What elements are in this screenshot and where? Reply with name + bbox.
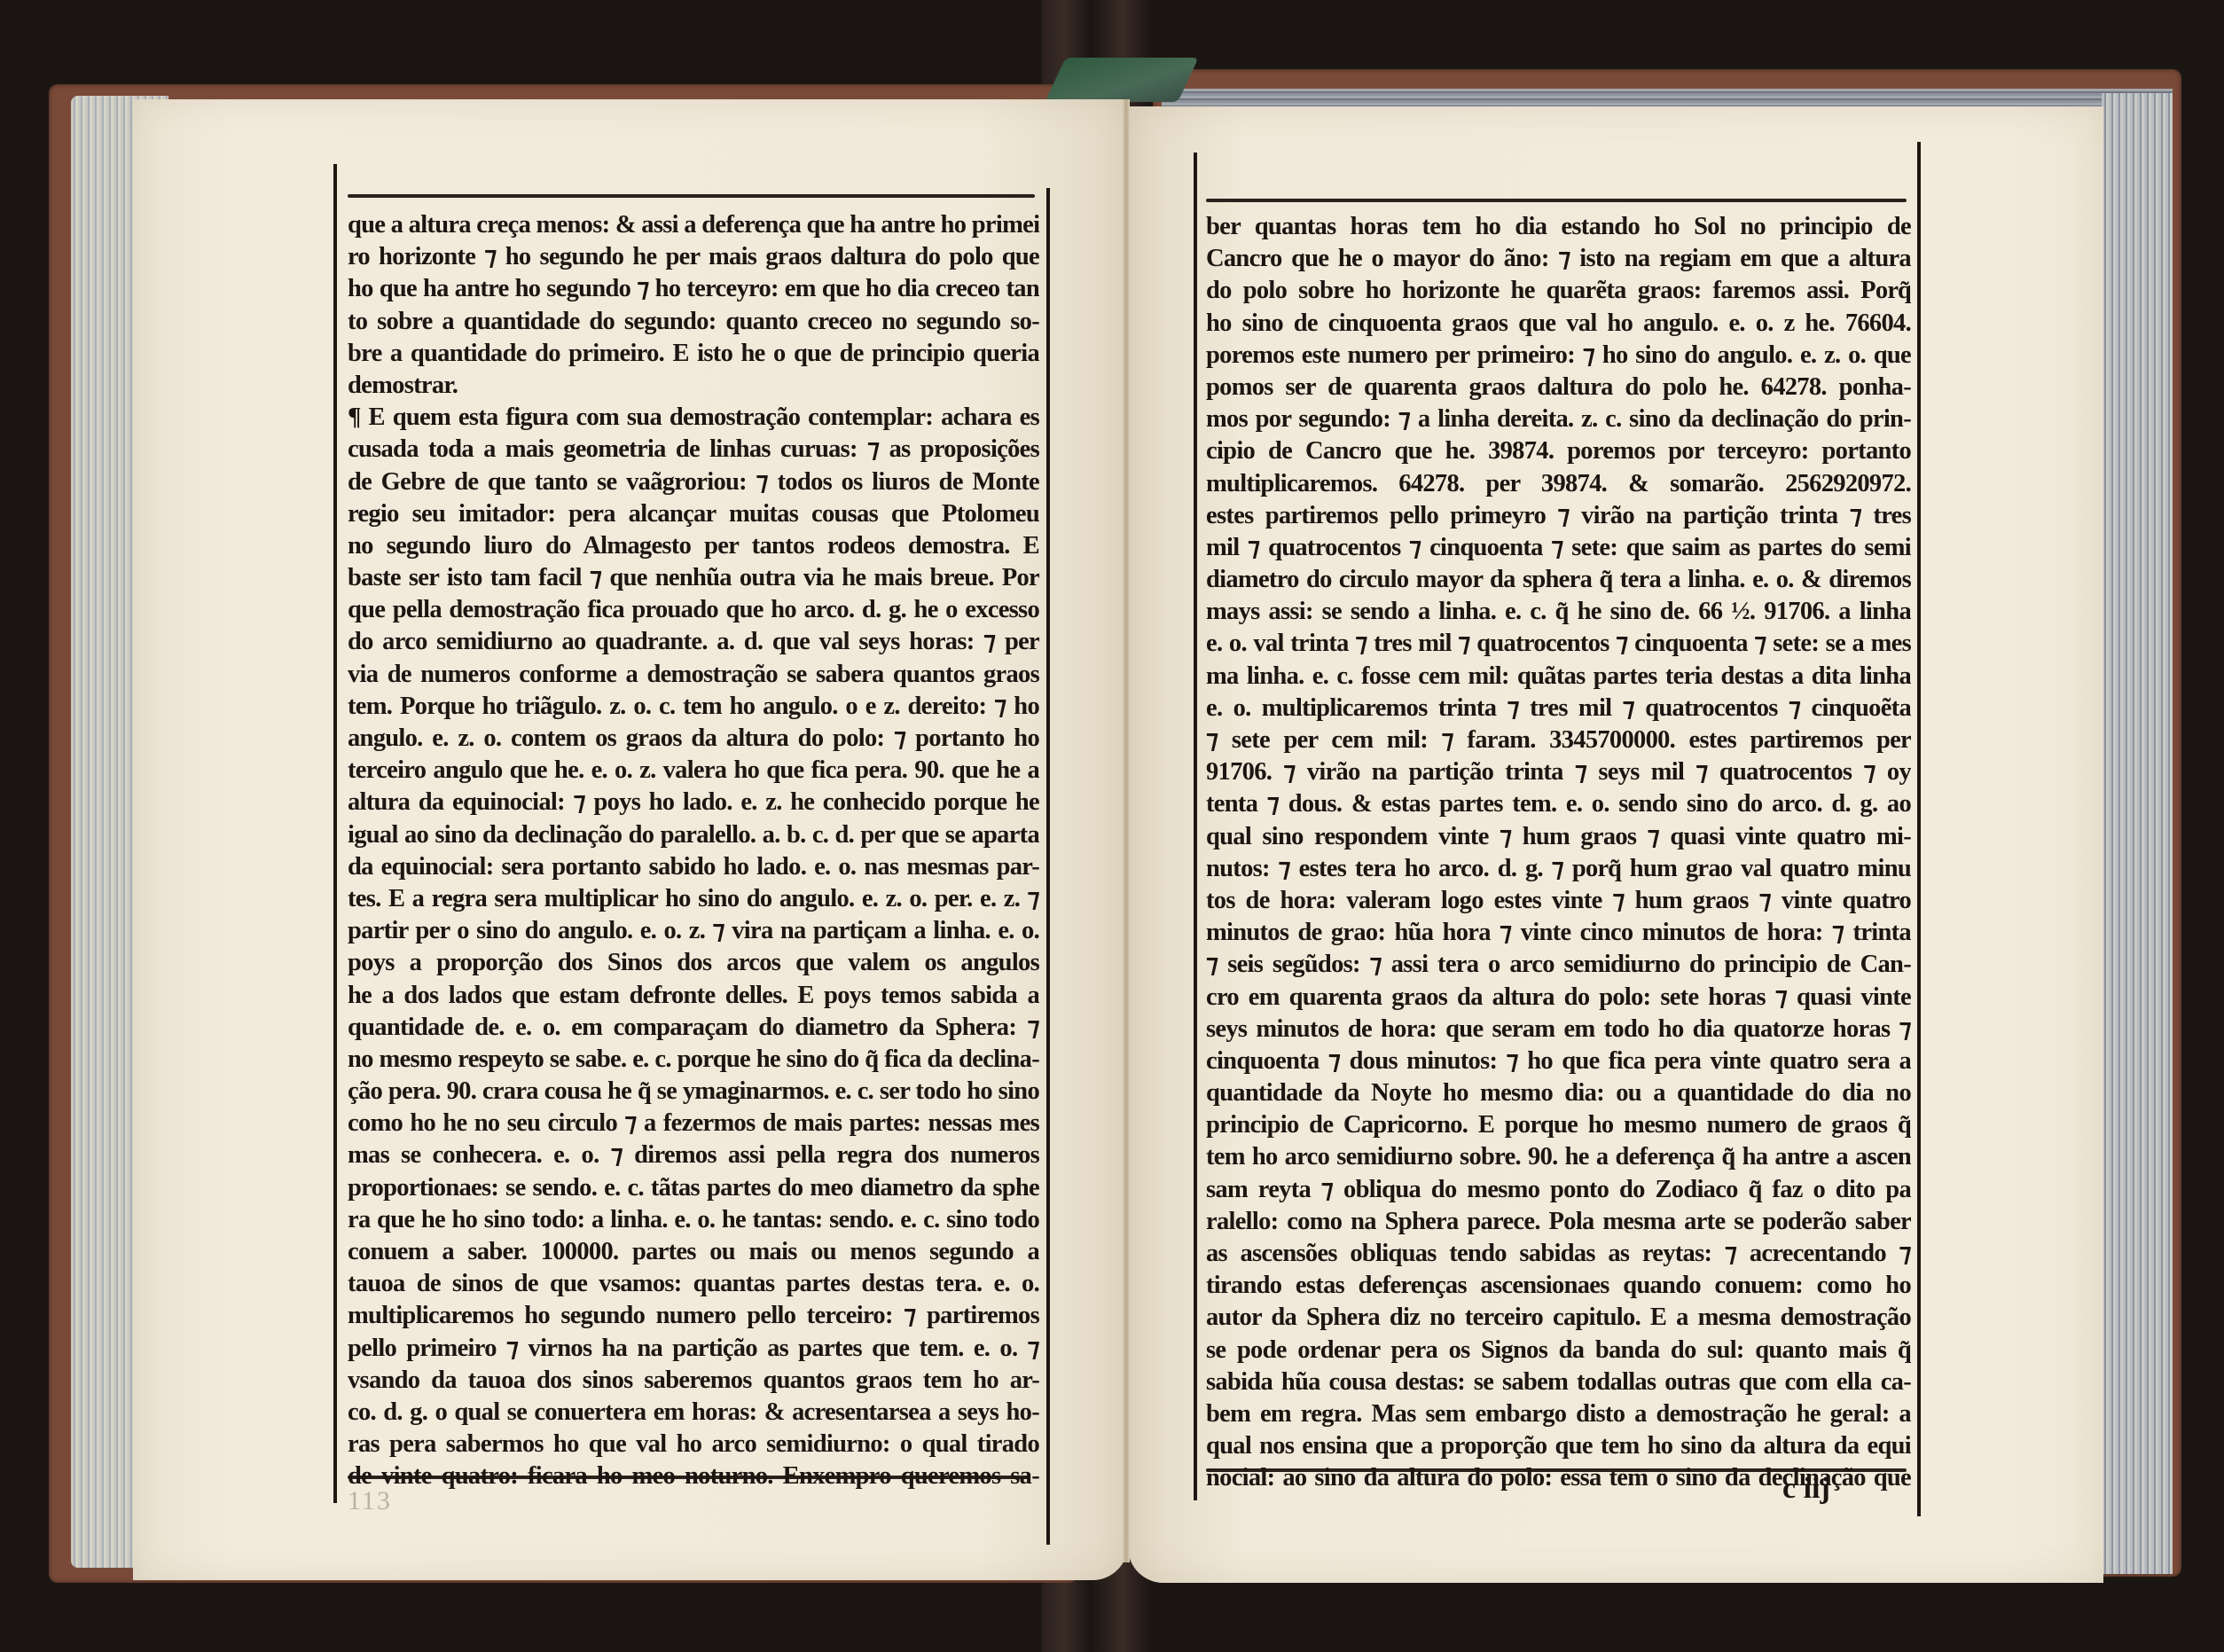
text-line: tenta ⁊ dous. & estas partes tem. e. o. … xyxy=(1206,788,1911,820)
text-line: ho sino de cinquoenta graos que val ho a… xyxy=(1206,308,1911,340)
text-line: ção pera. 90. crara cousa he q̃ se ymagi… xyxy=(348,1076,1039,1108)
text-line: de vinte quatro: ficara ho meo noturno. … xyxy=(348,1460,1039,1492)
text-line: ber quantas horas tem ho dia estando ho … xyxy=(1206,211,1911,243)
text-line: quantidade de. e. o. em comparaçam do di… xyxy=(348,1012,1039,1044)
text-line: ro horizonte ⁊ ho segundo he per mais gr… xyxy=(348,241,1039,273)
left-top-rule xyxy=(348,194,1035,198)
text-line: bem em regra. Mas sem embargo disto a de… xyxy=(1206,1398,1911,1430)
text-line: quantidade da Noyte ho mesmo dia: ou a q… xyxy=(1206,1077,1911,1109)
text-line: as ascensões obliquas tendo sabidas as r… xyxy=(1206,1238,1911,1270)
text-line: cusada toda a mais geometria de linhas c… xyxy=(348,434,1039,466)
text-line: qual nos ensina que a proporção que tem … xyxy=(1206,1430,1911,1462)
text-line: ho que ha antre ho segundo ⁊ ho terceyro… xyxy=(348,273,1039,305)
text-line: pello primeiro ⁊ virnos ha na partição a… xyxy=(348,1333,1039,1365)
text-line: 91706. ⁊ virão na partição trinta ⁊ seys… xyxy=(1206,756,1911,788)
text-line: conuem a saber. 100000. partes ou mais o… xyxy=(348,1236,1039,1268)
text-line: angulo. e. z. o. contem os graos da altu… xyxy=(348,723,1039,755)
text-line: diametro do circulo mayor da sphera q̃ t… xyxy=(1206,564,1911,596)
left-frame-line-outer xyxy=(333,164,337,1503)
text-line: que a altura creça menos: & assi a defer… xyxy=(348,209,1039,241)
text-line: ras pera sabermos ho que val ho arco sem… xyxy=(348,1429,1039,1460)
text-line: se pode ordenar pera os Signos da banda … xyxy=(1206,1335,1911,1366)
text-line: tem ho arco semidiurno sobre. 90. he a d… xyxy=(1206,1141,1911,1173)
text-line: tes. E a regra sera multiplicar ho sino … xyxy=(348,883,1039,915)
text-line: seys minutos de hora: que seram em todo … xyxy=(1206,1014,1911,1045)
text-line: ma linha. e. c. fosse cem mil: quãtas pa… xyxy=(1206,661,1911,693)
text-line: cipio de Cancro que he. 39874. poremos p… xyxy=(1206,435,1911,467)
text-line: mos por segundo: ⁊ a linha dereita. z. c… xyxy=(1206,403,1911,435)
text-line: que pella demostração fica prouado que h… xyxy=(348,594,1039,626)
text-line: minutos de grao: hũa hora ⁊ vinte cinco … xyxy=(1206,917,1911,949)
text-line: to sobre a quantidade do segundo: quanto… xyxy=(348,306,1039,338)
text-line: cinquoenta ⁊ dous minutos: ⁊ ho que fica… xyxy=(1206,1045,1911,1077)
text-line: nutos: ⁊ estes tera ho arco. d. g. ⁊ por… xyxy=(1206,853,1911,885)
text-line: pomos ser de quarenta graos daltura do p… xyxy=(1206,372,1911,403)
text-line: no segundo liuro do Almagesto per tantos… xyxy=(348,530,1039,562)
text-line: cro em quarenta graos da altura do polo:… xyxy=(1206,982,1911,1014)
text-line: autor da Sphera diz no terceiro capitulo… xyxy=(1206,1302,1911,1334)
text-line: regio seu imitador: pera alcançar muitas… xyxy=(348,498,1039,530)
text-line: mays assi: se sendo a linha. e. c. q̃ he… xyxy=(1206,596,1911,628)
right-frame-line-inner xyxy=(1917,142,1921,1516)
book-gutter xyxy=(1123,99,1130,1562)
right-frame-line-outer xyxy=(1194,153,1197,1500)
text-line: proportionaes: se sendo. e. c. tãtas par… xyxy=(348,1172,1039,1204)
text-line: poremos este numero per primeiro: ⁊ ho s… xyxy=(1206,340,1911,372)
left-page-text: que a altura creça menos: & assi a defer… xyxy=(348,209,1039,1493)
text-line: tauoa de sinos de que vsamos: quantas pa… xyxy=(348,1268,1039,1300)
text-line: ⁊ seis segũdos: ⁊ assi tera o arco semid… xyxy=(1206,949,1911,981)
text-line: igual ao sino da declinação do paralello… xyxy=(348,819,1039,851)
text-line: ra que he ho sino todo: a linha. e. o. h… xyxy=(348,1204,1039,1236)
text-line: e. o. multiplicaremos trinta ⁊ tres mil … xyxy=(1206,693,1911,724)
text-line: do polo sobre ho horizonte he quarẽta gr… xyxy=(1206,275,1911,307)
text-line: no mesmo respeyto se sabe. e. c. porque … xyxy=(348,1044,1039,1076)
text-line: demostrar. xyxy=(348,370,1039,402)
right-top-rule xyxy=(1206,199,1907,202)
text-line: tirando estas deferenças ascensionaes qu… xyxy=(1206,1270,1911,1302)
text-line: ralello: como na Sphera parece. Pola mes… xyxy=(1206,1206,1911,1238)
text-line: terceiro angulo que he. e. o. z. valera … xyxy=(348,755,1039,787)
text-line: principio de Capricorno. E porque ho mes… xyxy=(1206,1109,1911,1141)
text-line: via de numeros conforme a demostração se… xyxy=(348,659,1039,691)
text-line: Cancro que he o mayor do ãno: ⁊ isto na … xyxy=(1206,243,1911,275)
text-line: he a dos lados que estam defronte delles… xyxy=(348,980,1039,1012)
right-page-text: ber quantas horas tem ho dia estando ho … xyxy=(1206,211,1911,1495)
text-line: altura da equinocial: ⁊ poys ho lado. e.… xyxy=(348,787,1039,818)
text-line: mil ⁊ quatrocentos ⁊ cinquoenta ⁊ sete: … xyxy=(1206,532,1911,564)
text-line: poys a proporção dos Sinos dos arcos que… xyxy=(348,947,1039,979)
bookmark-ribbon xyxy=(1045,58,1198,102)
text-line: sam reyta ⁊ obliqua do mesmo ponto do Zo… xyxy=(1206,1174,1911,1206)
text-line: da equinocial: sera portanto sabido ho l… xyxy=(348,851,1039,883)
text-line: baste ser isto tam facil ⁊ que nenhũa ou… xyxy=(348,562,1039,594)
text-line: estes partiremos pello primeyro ⁊ virão … xyxy=(1206,500,1911,532)
right-side-page-edges xyxy=(2102,93,2173,1574)
text-line: multiplicaremos. 64278. per 39874. & som… xyxy=(1206,468,1911,500)
text-line: e. o. val trinta ⁊ tres mil ⁊ quatrocent… xyxy=(1206,628,1911,660)
text-line: tos de hora: valeram logo estes vinte ⁊ … xyxy=(1206,885,1911,917)
text-line: mas se conhecera. e. o. ⁊ diremos assi p… xyxy=(348,1139,1039,1171)
text-line: qual sino respondem vinte ⁊ hum graos ⁊ … xyxy=(1206,821,1911,853)
text-line: sabida hũa cousa destas: se sabem todall… xyxy=(1206,1366,1911,1398)
text-line: bre a quantidade do primeiro. E isto he … xyxy=(348,338,1039,370)
signature-mark: c iij xyxy=(1782,1472,1830,1506)
pencil-folio-note: 113 xyxy=(348,1486,392,1516)
text-line: vsando da tauoa dos sinos saberemos quan… xyxy=(348,1365,1039,1397)
text-line: como ho he no seu circulo ⁊ a fezermos d… xyxy=(348,1108,1039,1139)
text-line: de Gebre de que tanto se vaãgroriou: ⁊ t… xyxy=(348,466,1039,498)
text-line: tem. Porque ho triãgulo. z. o. c. tem ho… xyxy=(348,691,1039,723)
text-line: co. d. g. o qual se conuertera em horas:… xyxy=(348,1397,1039,1429)
left-frame-line-inner xyxy=(1046,188,1050,1545)
text-line: do arco semidiurno ao quadrante. a. d. q… xyxy=(348,626,1039,658)
text-line: ⁊ sete per cem mil: ⁊ faram. 3345700000.… xyxy=(1206,724,1911,756)
text-line: partir per o sino do angulo. e. o. z. ⁊ … xyxy=(348,915,1039,947)
text-line: ¶ E quem esta figura com sua demostração… xyxy=(348,402,1039,434)
text-line: multiplicaremos ho segundo numero pello … xyxy=(348,1300,1039,1332)
